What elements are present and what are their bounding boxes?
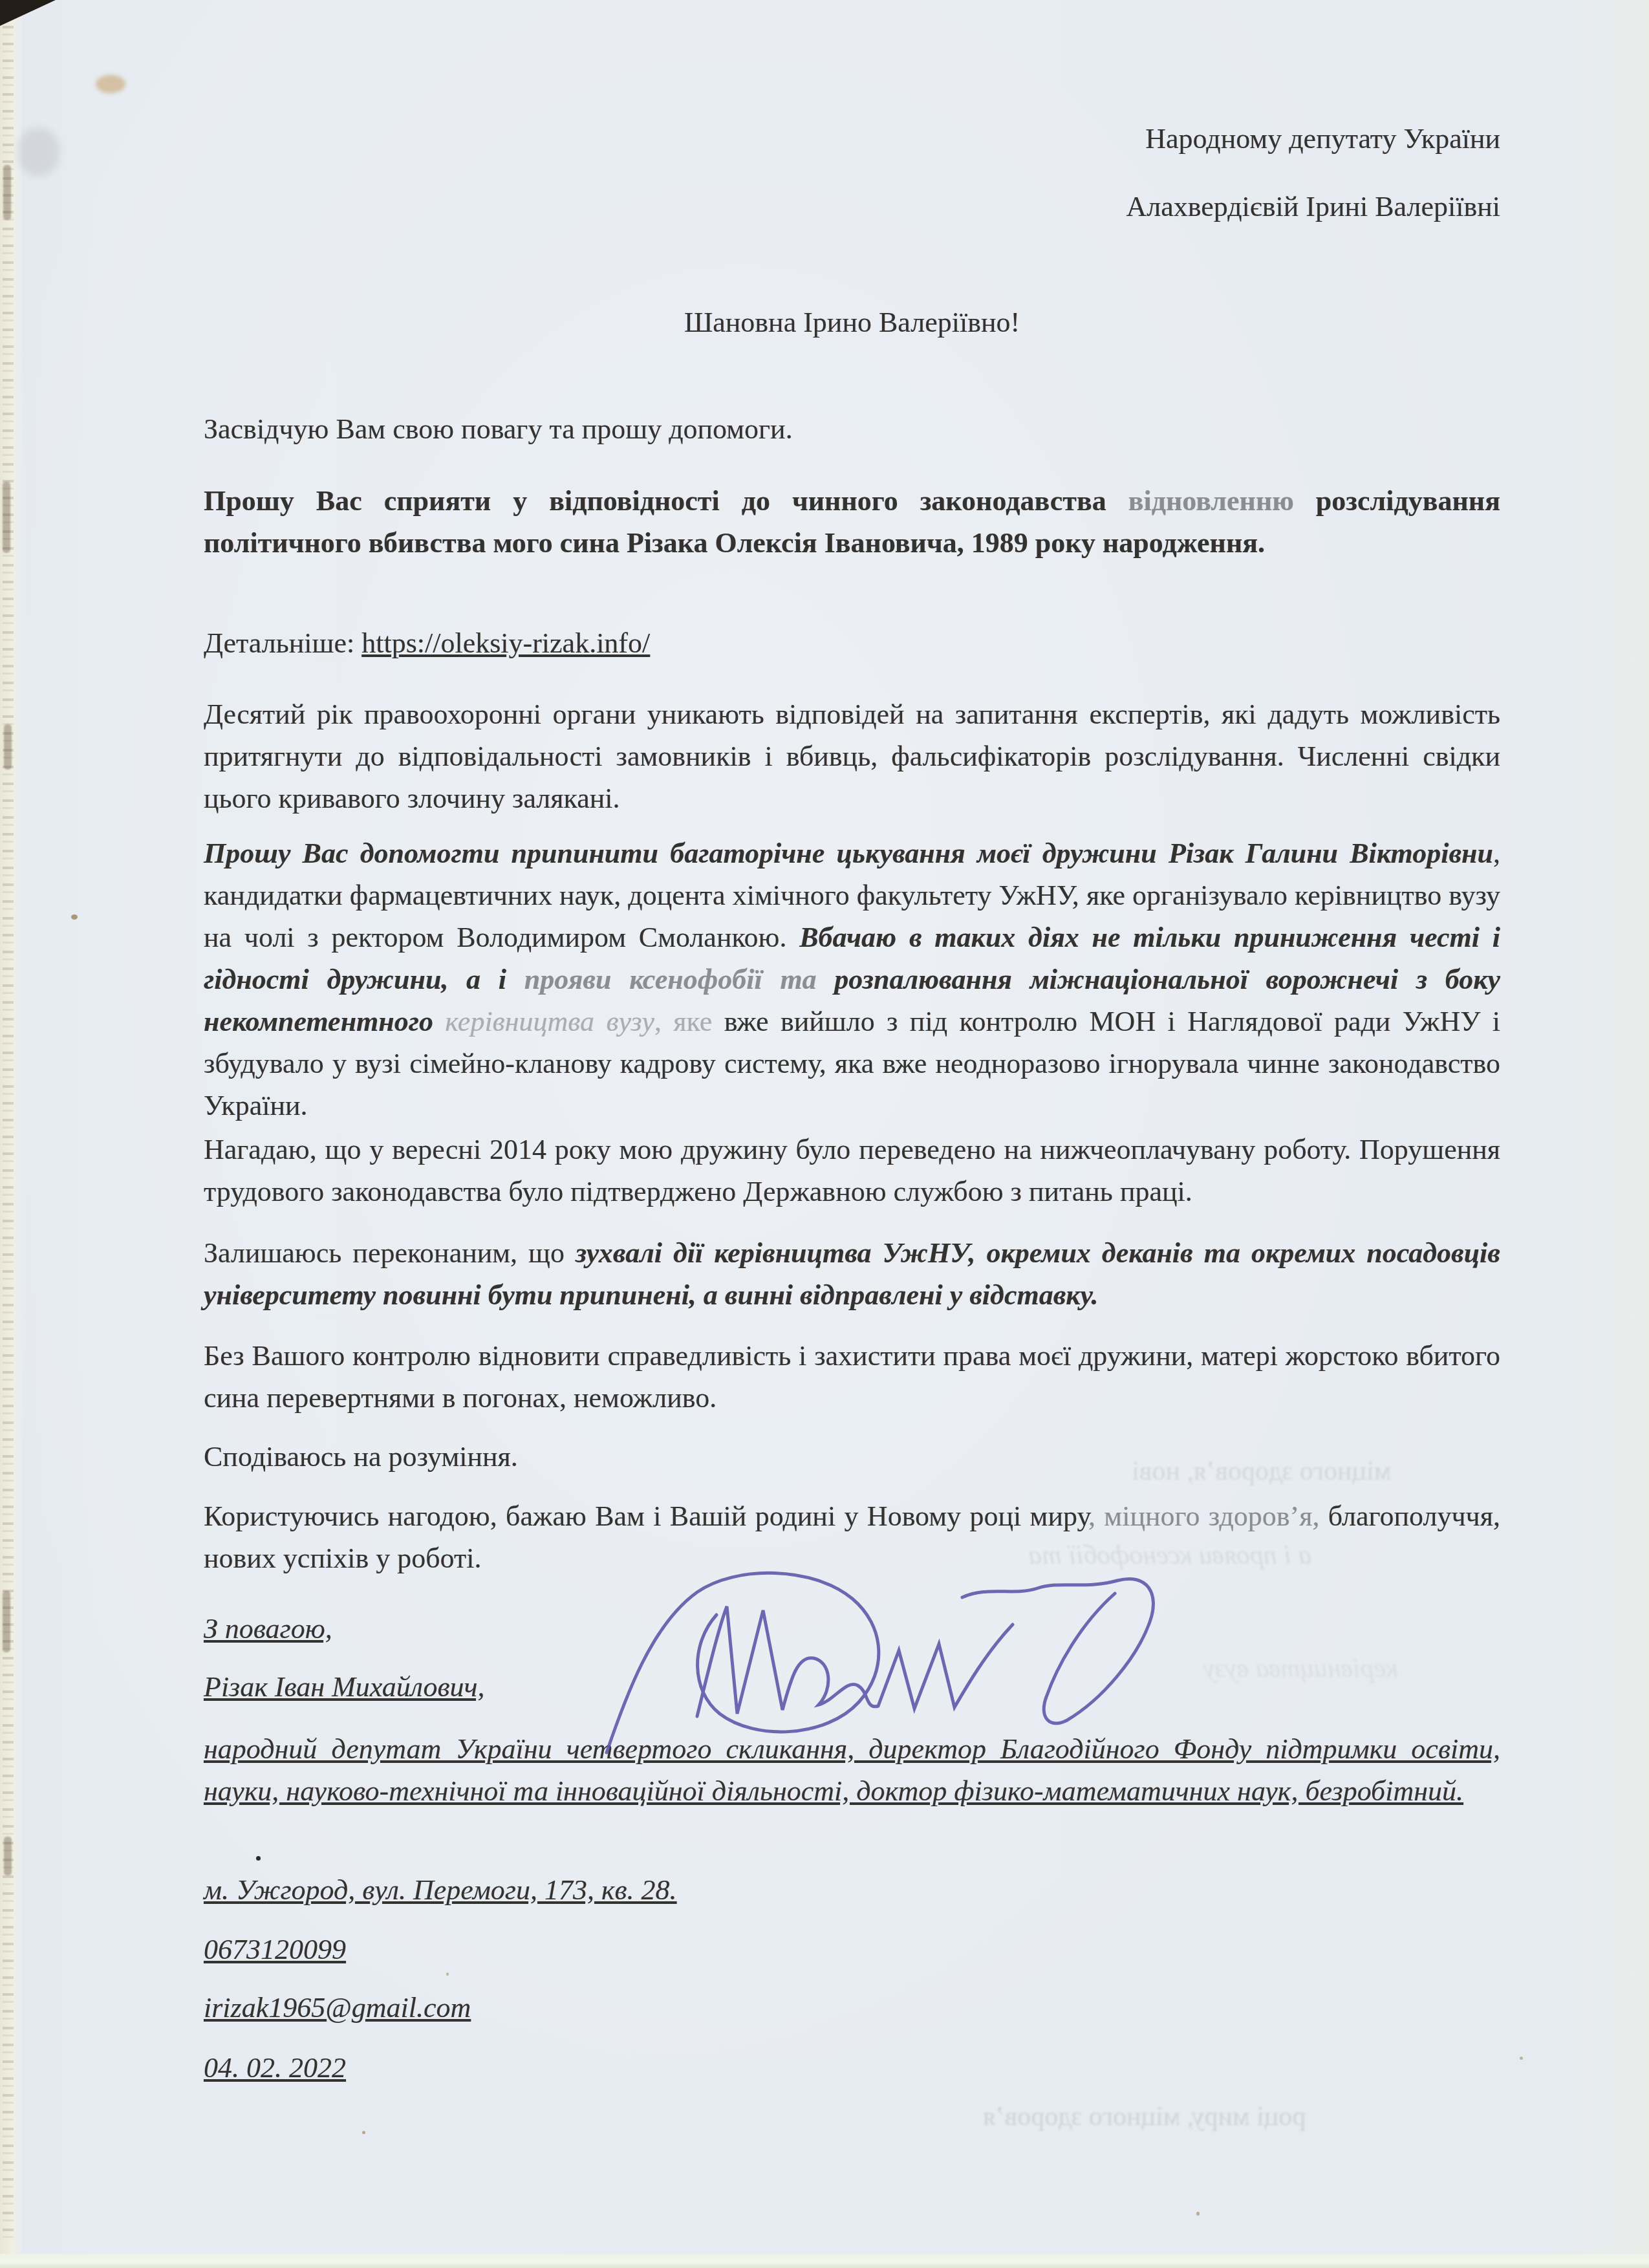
paper-speck [1520, 2057, 1523, 2060]
sender-email: irizak1965@gmail.com [204, 1987, 1500, 2029]
scan-artifact [3, 165, 11, 220]
paragraph-tenth-year: Десятий рік правоохоронні органи уникают… [204, 693, 1500, 819]
website-link[interactable]: https://oleksiy-rizak.info/ [361, 627, 650, 659]
bleedthrough-ghost-text: році миру, міцного здоров’я [983, 2101, 1306, 2133]
faded-phrase: , яке [654, 1006, 712, 1037]
letter-date: 04. 02. 2022 [204, 2047, 1500, 2089]
paragraph-request: Прошу Вас сприяти у відповідності до чин… [204, 480, 1500, 564]
paper-speck [71, 914, 78, 920]
recipient-line-1: Народному депутату України [204, 118, 1500, 160]
scan-edge-strip [0, 0, 22, 2268]
paper-smudge [18, 128, 59, 176]
paper-speck [446, 1972, 449, 1976]
scan-corner-artifact [0, 0, 56, 26]
scanned-letter-page: Народному депутату України Алахвердієвій… [0, 0, 1649, 2268]
scan-artifact [3, 1591, 10, 1652]
paragraph-control: Без Вашого контролю відновити справедлив… [204, 1335, 1500, 1419]
sender-phone: 0673120099 [204, 1928, 1500, 1971]
paragraph-convinced: Залишаюсь переконаним, що зухвалі дії ке… [204, 1232, 1500, 1316]
paper-speck [256, 1856, 261, 1861]
recipient-block: Народному депутату України Алахвердієвій… [204, 118, 1500, 228]
faded-phrase: , міцного здоров’я, [1088, 1500, 1319, 1532]
bleedthrough-ghost-text: міцного здоров’я, нові [1132, 1455, 1391, 1487]
paragraph-reminder: Нагадаю, що у вересні 2014 року мою друж… [204, 1129, 1500, 1213]
faded-word: відновленню [1128, 485, 1294, 517]
bleedthrough-ghost-text: а і прояви ксенофобії та [1028, 1539, 1312, 1571]
faded-phrase: керівництва вузу [445, 1006, 654, 1037]
paragraph-wife: Прошу Вас допомогти припинити багаторічн… [204, 832, 1500, 1127]
sender-address: м. Ужгород, вул. Перемоги, 173, кв. 28. [204, 1869, 1500, 1911]
scan-edge-bleed-marks [3, 26, 14, 2238]
bleedthrough-ghost-text: керівництва вузу [1203, 1652, 1398, 1685]
faded-phrase: прояви ксенофобії та [524, 964, 817, 995]
details-label: Детальніше: [204, 627, 361, 659]
handwritten-signature-ink [600, 1547, 1169, 1760]
recipient-line-2: Алахвердієвій Ірині Валеріївні [204, 186, 1500, 228]
scan-artifact [4, 1837, 12, 1875]
salutation: Шановна Ірино Валеріївно! [204, 301, 1500, 343]
scan-bottom-strip [0, 2254, 1649, 2268]
paper-stain [96, 75, 125, 93]
paragraph-details: Детальніше: https://oleksiy-rizak.info/ [204, 622, 1500, 664]
scan-artifact [4, 724, 12, 770]
scan-artifact [3, 482, 10, 553]
paragraph-respect: Засвідчую Вам свою повагу та прошу допом… [204, 408, 1500, 450]
paper-speck [1196, 2212, 1200, 2216]
paper-speck [362, 2131, 365, 2134]
